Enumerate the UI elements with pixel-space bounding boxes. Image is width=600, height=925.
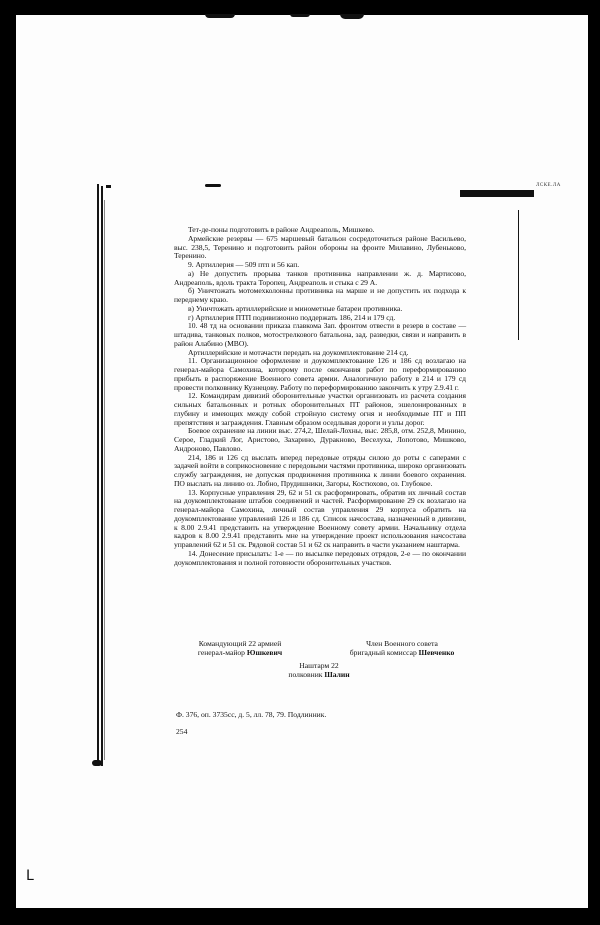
margin-stamp: ЛСКЕ.ЛА	[536, 183, 561, 188]
binding-line	[101, 186, 103, 766]
binding-line	[104, 200, 105, 760]
paragraph: Армейские резервы — 675 маршевый батальо…	[174, 235, 466, 261]
binding-line	[97, 184, 99, 764]
paragraph: 10. 48 тд на основании приказа главкома …	[174, 322, 466, 348]
signature-line: бригадный комиссар Шевченко	[332, 648, 472, 657]
redaction-bar	[460, 190, 534, 197]
small-mark	[106, 185, 111, 188]
signature-line: генерал-майор Юшкевич	[180, 648, 300, 657]
top-edge-mark	[290, 14, 310, 17]
top-edge-mark	[205, 14, 235, 18]
signature-chief-of-staff: Наштарм 22 полковник Шалин	[254, 661, 384, 679]
paragraph: б) Уничтожать мотомехколонны противника …	[174, 287, 466, 305]
paragraph: а) Не допустить прорыва танков противник…	[174, 270, 466, 288]
signature-title: Командующий 22 армией	[180, 639, 300, 648]
signature-title: Член Военного совета	[332, 639, 472, 648]
paragraph: 14. Донесение присылать: 1-е — по высылк…	[174, 550, 466, 568]
paragraph: 13. Корпусные управления 29, 62 и 51 ск …	[174, 489, 466, 550]
binding-smudge	[92, 760, 102, 766]
signature-commander: Командующий 22 армией генерал-майор Юшке…	[180, 639, 300, 657]
document-body: Тет-де-поны подготовить в районе Андреап…	[174, 226, 466, 567]
paragraph: 214, 186 и 126 сд выслать вперед передов…	[174, 454, 466, 489]
archive-source-note: Ф. 376, оп. 3735сс, д. 5, лл. 78, 79. По…	[176, 710, 326, 719]
margin-line	[518, 210, 519, 340]
paragraph: 12. Командирам дивизий оборонительные уч…	[174, 392, 466, 427]
signature-line: полковник Шалин	[254, 670, 384, 679]
signature-title: Наштарм 22	[254, 661, 384, 670]
paragraph: 11. Организационное оформление и доукомп…	[174, 357, 466, 392]
corner-mark: L	[26, 868, 34, 884]
top-edge-mark	[340, 14, 364, 19]
signature-council-member: Член Военного совета бригадный комиссар …	[332, 639, 472, 657]
paragraph: Боевое охранение на линии выс. 274,2, Ше…	[174, 427, 466, 453]
page-number: 254	[176, 727, 187, 736]
ink-squiggle	[205, 184, 221, 187]
